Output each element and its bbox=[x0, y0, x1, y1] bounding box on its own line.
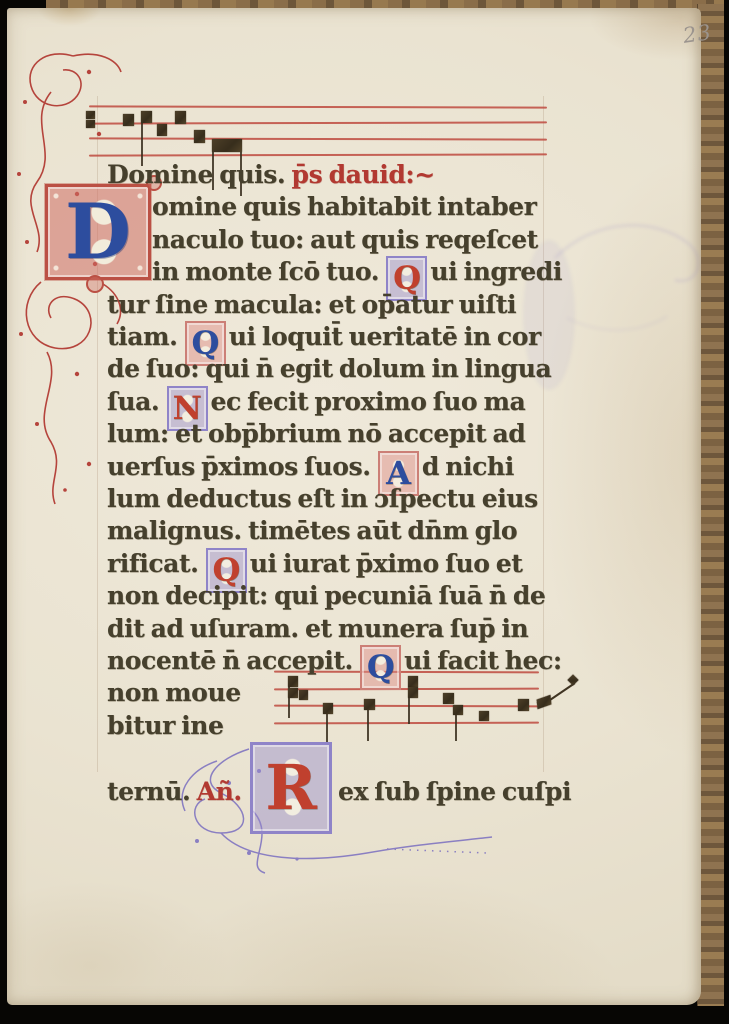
neume bbox=[323, 703, 333, 714]
neume bbox=[212, 139, 242, 152]
staff-1-line-1 bbox=[89, 105, 547, 108]
neume bbox=[479, 711, 489, 721]
text-line-9: lum: et obp̄brium nō accepit ad bbox=[107, 418, 525, 450]
text-line-5: tur ſine macula: et op̄atur uiſti bbox=[107, 289, 516, 321]
body-text: ec fecit proximo ſuo ma bbox=[211, 387, 526, 416]
neume bbox=[518, 699, 529, 711]
body-text: ternū. bbox=[107, 777, 197, 806]
text-line-14: non decipit: qui pecuniā ſuā n̄ de bbox=[107, 580, 545, 612]
neume bbox=[299, 690, 308, 700]
body-text: non moue bbox=[107, 678, 241, 707]
body-text: lum: et obp̄brium nō accepit ad bbox=[107, 419, 525, 448]
clef-mark bbox=[86, 111, 95, 119]
clef-mark bbox=[86, 120, 95, 128]
neume bbox=[175, 111, 186, 124]
rubric-text: p̄s dauid:~ bbox=[292, 160, 435, 189]
text-line-3: naculo tuo: aut quis reqeſcet bbox=[152, 224, 538, 256]
body-text: ui ingredi bbox=[430, 257, 562, 286]
staff-2-line-4 bbox=[274, 722, 539, 725]
body-text: in monte ſcō tuo. bbox=[152, 257, 385, 286]
body-text: naculo tuo: aut quis reqeſcet bbox=[152, 225, 538, 254]
neume bbox=[443, 693, 454, 704]
neume-stem bbox=[326, 714, 328, 743]
manuscript-page-photo: 23 bbox=[0, 0, 729, 1024]
body-text: Domine quis. bbox=[107, 160, 292, 189]
text-line-15: dit ad uſuram. et munera ſup̄ in bbox=[107, 613, 528, 645]
body-text: dit ad uſuram. et munera ſup̄ in bbox=[107, 614, 528, 643]
body-text: omine quis habitabit intaber bbox=[152, 192, 536, 221]
body-text: tiam. bbox=[107, 322, 184, 351]
neume-stem bbox=[408, 698, 410, 724]
body-text: tur ſine macula: et op̄atur uiſti bbox=[107, 290, 516, 319]
body-text: ui facit hec: bbox=[404, 646, 562, 675]
decorated-initial-q: Q bbox=[360, 645, 401, 690]
body-text: ſua. bbox=[107, 387, 166, 416]
neume bbox=[364, 699, 375, 710]
text-line-18: bitur ine bbox=[107, 710, 224, 742]
bleedthrough-swash bbox=[547, 198, 717, 368]
body-text: ui iurat p̄ximo ſuo et bbox=[250, 549, 523, 578]
body-text: non decipit: qui pecuniā ſuā n̄ de bbox=[107, 581, 545, 610]
text-line-12: malignus. timētes aūt dn̄m glo bbox=[107, 515, 517, 547]
neume bbox=[123, 114, 134, 126]
body-text: ex ſub ſpine cuſpi bbox=[338, 777, 571, 806]
neume-stem bbox=[367, 710, 369, 741]
staff-1-line-4 bbox=[89, 153, 547, 156]
body-text: lum deductus eſt in ɔſpectu eius bbox=[107, 484, 538, 513]
text-line-17: non moue bbox=[107, 677, 241, 709]
staff-1-line-3 bbox=[89, 137, 547, 140]
decorated-initial-r: R bbox=[250, 742, 332, 834]
illuminated-initial-d: D bbox=[45, 184, 151, 280]
neume bbox=[537, 695, 552, 710]
neume bbox=[157, 124, 167, 136]
body-text: de ſuo: qui n̄ egit dolum in lingua bbox=[107, 354, 551, 383]
parchment-page: 23 bbox=[7, 8, 701, 1005]
text-line-1: Domine quis. p̄s dauid:~ bbox=[107, 159, 435, 191]
neume bbox=[194, 130, 205, 143]
neume-stem bbox=[455, 715, 457, 741]
staff-2-line-3 bbox=[274, 705, 539, 708]
body-text: ui loquit̄ ueritatē in cor bbox=[229, 322, 541, 351]
body-text: nocentē n̄ accepit. bbox=[107, 646, 359, 675]
body-text: malignus. timētes aūt dn̄m glo bbox=[107, 516, 517, 545]
neume bbox=[141, 111, 152, 123]
neume bbox=[453, 705, 463, 715]
text-line-7: de ſuo: qui n̄ egit dolum in lingua bbox=[107, 353, 551, 385]
rubric-text: Añ. bbox=[197, 777, 248, 806]
text-line-2: omine quis habitabit intaber bbox=[152, 191, 536, 223]
body-text: rificat. bbox=[107, 549, 205, 578]
drop-cap-letter: D bbox=[65, 187, 131, 276]
folio-number: 23 bbox=[681, 20, 713, 48]
body-text: uerſus p̄ximos ſuos. bbox=[107, 452, 377, 481]
text-line-19: ternū. Añ. Rex ſub ſpine cuſpi bbox=[107, 742, 571, 834]
text-line-11: lum deductus eſt in ɔſpectu eius bbox=[107, 483, 538, 515]
book-leaf-edges-right bbox=[697, 4, 724, 1006]
body-text: d nichi bbox=[422, 452, 514, 481]
body-text: bitur ine bbox=[107, 711, 224, 740]
